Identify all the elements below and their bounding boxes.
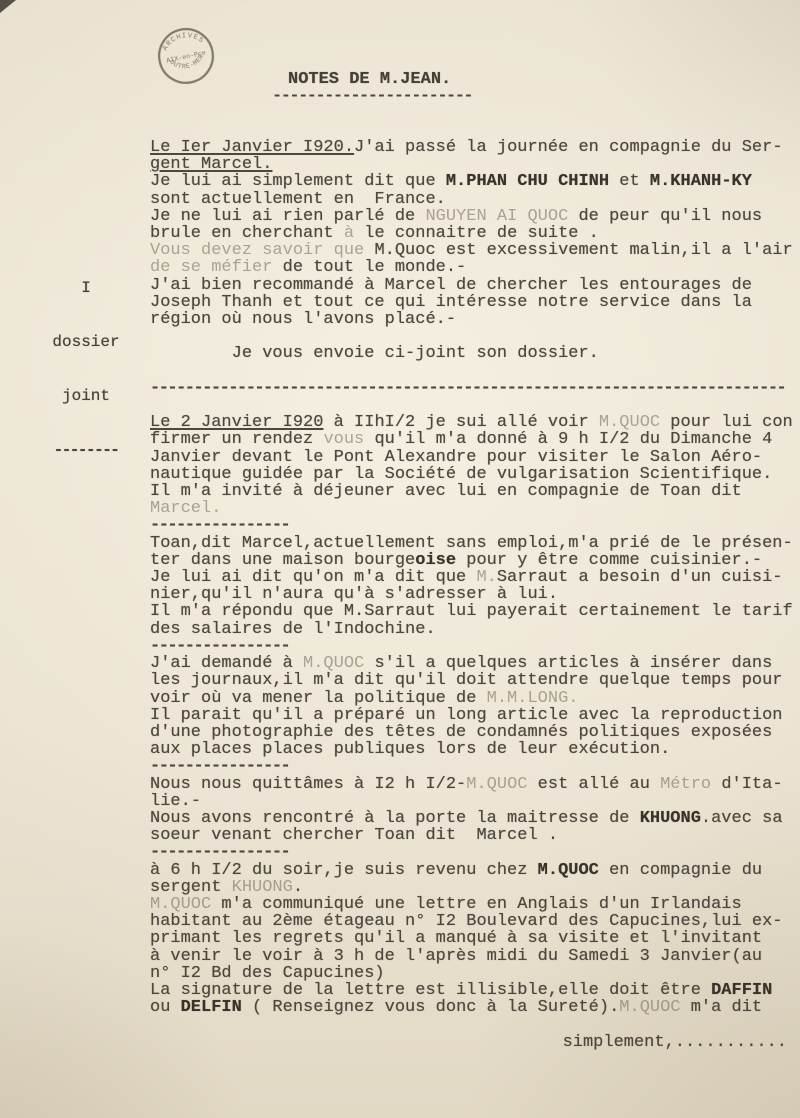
doc-line: nautique guidée par la Société de vulgar… [150, 466, 795, 483]
document-page: ARCHIVES AIX-en-Pce OUTRE-MER NOTES DE M… [0, 0, 800, 1118]
margin-note: I dossier joint -------- [42, 243, 130, 495]
doc-line: firmer un rendez vous qu'il m'a donné à … [150, 431, 795, 448]
doc-line: ---------------- [150, 844, 795, 861]
text-segment: région où nous l'avons placé.- [150, 310, 456, 329]
text-segment: firmer un rendez [150, 430, 313, 449]
text-segment: ---------------- [150, 757, 289, 776]
text-segment: . [293, 878, 303, 897]
doc-line: Nous avons rencontré à la porte la maitr… [150, 810, 795, 827]
text-segment: M.M.LONG. [487, 689, 579, 708]
blank-line [150, 328, 795, 345]
text-segment: qu'il m'a donné à 9 h I/2 du Dimanche 4 [364, 430, 772, 449]
doc-line: J'ai demandé à M.QUOC s'il a quelques ar… [150, 655, 795, 672]
text-segment: M.PHAN CHU CHINH [446, 172, 609, 191]
doc-line: Je ne lui ai rien parlé de NGUYEN AI QUO… [150, 208, 795, 225]
text-segment: Il m'a répondu que M.Sarraut lui payerai… [150, 602, 793, 621]
text-segment: m'a dit [681, 998, 763, 1017]
doc-line: Je lui ai dit qu'on m'a dit que M.Sarrau… [150, 569, 795, 586]
doc-line: Toan,dit Marcel,actuellement sans emploi… [150, 535, 795, 552]
text-segment: des salaires de l'Indochine. [150, 620, 436, 639]
doc-line: ----------------------------------------… [150, 380, 795, 397]
doc-line: simplement,........... [150, 1034, 795, 1051]
doc-line: J'ai bien recommandé à Marcel de cherche… [150, 277, 795, 294]
doc-line: brule en cherchant à le connaitre de sui… [150, 225, 795, 242]
margin-note-line: joint [42, 387, 130, 405]
text-segment: Janvier devant le Pont Alexandre pour vi… [150, 448, 762, 467]
text-segment: M.QUOC [466, 775, 527, 794]
doc-line: Il m'a invité à déjeuner avec lui en com… [150, 483, 795, 500]
doc-line: région où nous l'avons placé.- [150, 311, 795, 328]
doc-line: Il m'a répondu que M.Sarraut lui payerai… [150, 603, 795, 620]
doc-line: les journaux,il m'a dit qu'il doit atten… [150, 672, 795, 689]
text-segment: et [609, 172, 650, 191]
doc-line: nier,qu'il n'aura qu'à s'adresser à lui. [150, 586, 795, 603]
text-segment: en compagnie du [599, 861, 762, 880]
text-segment: simplement,........... [563, 1033, 787, 1052]
text-segment: sergent [150, 878, 232, 897]
text-segment: M.QUOC [619, 998, 680, 1017]
text-segment: Joseph Thanh et tout ce qui intéresse no… [150, 293, 752, 312]
text-segment: primant les regrets qu'il a manqué à sa … [150, 929, 762, 948]
text-segment: de tout le monde.- [283, 258, 467, 277]
margin-note-line: dossier [42, 333, 130, 351]
text-segment: aux places places publiques lors de leur… [150, 740, 670, 759]
doc-line: Nous nous quittâmes à I2 h I/2-M.QUOC es… [150, 776, 795, 793]
text-segment [313, 430, 323, 449]
doc-line: à 6 h I/2 du soir,je suis revenu chez M.… [150, 862, 795, 879]
doc-line: ter dans une maison bourgeoise pour y êt… [150, 552, 795, 569]
text-segment: NGUYEN AI QUOC [425, 207, 568, 226]
blank-line [150, 397, 795, 414]
scan-corner-artifact [0, 0, 16, 13]
doc-line: d'une photographie des têtes de condamné… [150, 724, 795, 741]
text-segment: ou [150, 998, 181, 1017]
text-segment: Il m'a invité à déjeuner avec lui en com… [150, 482, 742, 501]
margin-note-line: I [42, 279, 130, 297]
doc-line: Il parait qu'il a préparé un long articl… [150, 707, 795, 724]
text-segment: J'ai passé la journée en compagnie du Se… [354, 138, 782, 157]
doc-line: ---------------- [150, 638, 795, 655]
text-segment: Marcel. [150, 499, 221, 518]
text-segment: ---------------- [150, 843, 289, 862]
doc-line: sont actuellement en France. [150, 191, 795, 208]
doc-line: de se méfier de tout le monde.- [150, 259, 795, 276]
document-body: Le Ier Janvier I920.J'ai passé la journé… [150, 139, 795, 1051]
doc-line: à venir le voir à 3 h de l'après midi du… [150, 948, 795, 965]
text-segment: Nous nous quittâmes à I2 h I/2- [150, 775, 466, 794]
doc-line: Joseph Thanh et tout ce qui intéresse no… [150, 294, 795, 311]
text-segment: vous [323, 430, 364, 449]
blank-line [150, 1016, 795, 1033]
text-segment: M.QUOC [538, 861, 599, 880]
text-segment: n° I2 Bd des Capucines) [150, 964, 385, 983]
text-segment: est allé au [527, 775, 660, 794]
doc-line: voir où va mener la politique de M.M.LON… [150, 690, 795, 707]
text-segment: nautique guidée par la Société de vulgar… [150, 465, 772, 484]
doc-line: soeur venant chercher Toan dit Marcel . [150, 827, 795, 844]
doc-line: Je lui ai simplement dit que M.PHAN CHU … [150, 173, 795, 190]
text-segment: les journaux,il m'a dit qu'il doit atten… [150, 671, 783, 690]
text-segment: ( Renseignez vous donc à la Sureté). [242, 998, 619, 1017]
text-segment: ----------------------------------------… [150, 379, 785, 398]
archive-stamp-icon: ARCHIVES AIX-en-Pce OUTRE-MER [148, 18, 224, 94]
doc-line: Le 2 Janvier I920 à IIhI/2 je sui allé v… [150, 414, 795, 431]
doc-line: habitant au 2ème étageau n° I2 Boulevard… [150, 913, 795, 930]
doc-line: des salaires de l'Indochine. [150, 621, 795, 638]
text-segment: Métro [660, 775, 711, 794]
doc-line: Janvier devant le Pont Alexandre pour vi… [150, 449, 795, 466]
text-segment: soeur venant chercher Toan dit Marcel . [150, 826, 558, 845]
text-segment: de peur qu'il nous [568, 207, 762, 226]
doc-line: La signature de la lettre est illisible,… [150, 982, 795, 999]
margin-note-underline: -------- [42, 441, 130, 459]
text-segment: M.KHANH-KY [650, 172, 752, 191]
doc-line: ---------------- [150, 758, 795, 775]
text-segment: Je ne lui ai rien parlé de [150, 207, 425, 226]
text-segment: .avec sa [701, 809, 783, 828]
text-segment: Je vous envoie ci-joint son dossier. [150, 344, 599, 363]
doc-line: n° I2 Bd des Capucines) [150, 965, 795, 982]
text-segment: KHUONG [232, 878, 293, 897]
text-segment: à venir le voir à 3 h de l'après midi du… [150, 947, 762, 966]
text-segment: lie.- [150, 792, 201, 811]
doc-line: Marcel. [150, 500, 795, 517]
text-segment: sont actuellement en France. [150, 190, 446, 209]
text-segment: à 6 h I/2 du soir,je suis revenu chez [150, 861, 538, 880]
doc-line: M.QUOC m'a communiqué une lettre en Angl… [150, 896, 795, 913]
text-segment: Toan,dit Marcel,actuellement sans emploi… [150, 534, 793, 553]
text-segment: Je lui ai simplement dit que [150, 172, 446, 191]
text-segment: J'ai bien recommandé à Marcel de cherche… [150, 276, 752, 295]
doc-line: Je vous envoie ci-joint son dossier. [150, 345, 795, 362]
doc-line: ou DELFIN ( Renseignez vous donc à la Su… [150, 999, 795, 1016]
doc-line: ---------------- [150, 517, 795, 534]
text-segment: Il parait qu'il a préparé un long articl… [150, 706, 783, 725]
doc-line: Vous devez savoir que M.Quoc est excessi… [150, 242, 795, 259]
text-segment: d'Ita- [711, 775, 782, 794]
text-segment: de se méfier [150, 258, 283, 277]
doc-line: aux places places publiques lors de leur… [150, 741, 795, 758]
doc-line: lie.- [150, 793, 795, 810]
doc-line: sergent KHUONG. [150, 879, 795, 896]
text-segment: DELFIN [181, 998, 242, 1017]
page-title-underline: ----------------------- [272, 87, 472, 106]
doc-line: Le Ier Janvier I920.J'ai passé la journé… [150, 139, 795, 156]
text-segment: ---------------- [150, 516, 289, 535]
text-segment: voir où va mener la politique de [150, 689, 487, 708]
doc-line: primant les regrets qu'il a manqué à sa … [150, 930, 795, 947]
blank-line [150, 363, 795, 380]
text-segment: KHUONG [640, 809, 701, 828]
doc-line: gent Marcel. [150, 156, 795, 173]
